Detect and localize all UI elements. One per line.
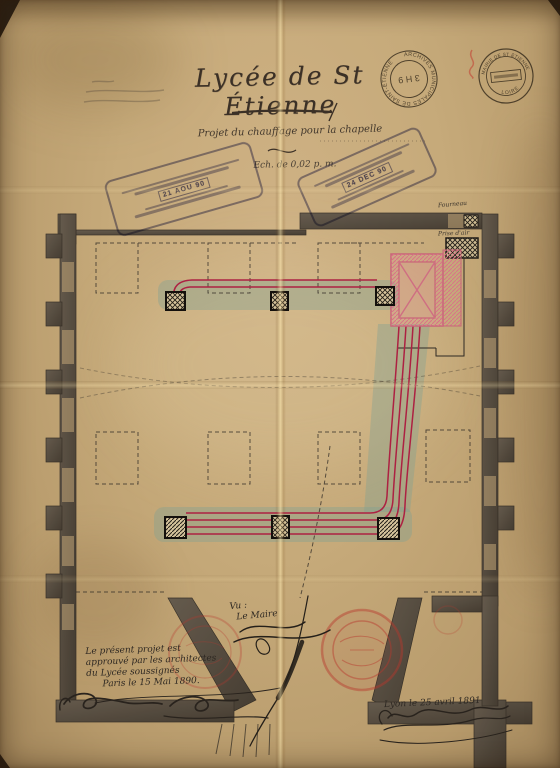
- approval-note: Le présent projet est approuvé par les a…: [85, 641, 256, 691]
- svg-text:LOIRE: LOIRE: [500, 85, 521, 97]
- air-intake-label: Prise d'air: [438, 229, 469, 237]
- watercolor-wash: [154, 280, 430, 542]
- mayor-visa-note: Vu : Le Maire: [229, 598, 278, 624]
- page-title: Lycée de St Étienne: [159, 59, 400, 122]
- wall-top: [74, 230, 306, 235]
- heating-piers: [165, 287, 399, 539]
- svg-text:MAIRIE DE ST ÉTIENNE: MAIRIE DE ST ÉTIENNE: [478, 49, 530, 75]
- red-pencil-mark: [470, 50, 474, 78]
- archives-stamp-cote: 3 H 9: [398, 73, 421, 86]
- scanned-archival-plan: Lycée de St Étienne Projet du chauffage …: [0, 0, 560, 768]
- mairie-round-stamp: MAIRIE DE ST ÉTIENNE LOIRE: [474, 44, 538, 108]
- mairie-stamp-ring-text: MAIRIE DE ST ÉTIENNE: [478, 49, 530, 75]
- furnace-room: [391, 250, 461, 326]
- archives-round-stamp: ARCHIVES MUNICIPALES DE SAINT-ÉTIENNE 3 …: [372, 42, 446, 116]
- furnace-flue-strip: [443, 250, 461, 326]
- entrance-steps: [216, 724, 270, 757]
- red-ink-stamp-right: [322, 606, 462, 690]
- pencil-notes: [84, 81, 164, 102]
- mairie-stamp-dept-text: LOIRE: [500, 85, 521, 97]
